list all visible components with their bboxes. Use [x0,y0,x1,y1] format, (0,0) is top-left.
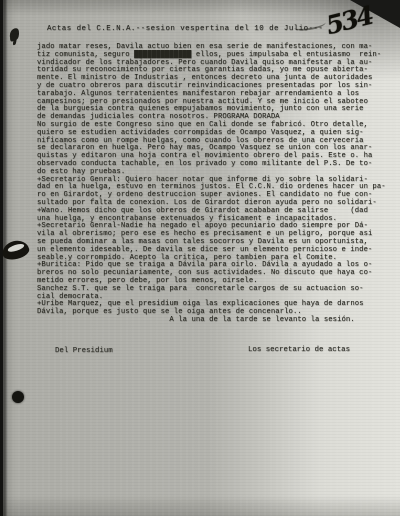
document-title: Actas del C.E.N.A.--sesion vespertina de… [47,25,323,33]
scanned-document-page: Actas del C.E.N.A.--sesion vespertina de… [0,0,400,516]
hole-punch-dot [12,391,24,403]
handwritten-page-number: 534 [323,1,375,40]
signature-presidium: Del Presidium [55,347,113,355]
ink-blot-mark [9,27,21,42]
document-body: jado matar reses, Davila actuo bien en e… [37,44,395,325]
signature-secretary: Los secretario de actas [248,346,350,354]
text-line: A la una de la tarde se levanto la sesió… [37,317,395,325]
